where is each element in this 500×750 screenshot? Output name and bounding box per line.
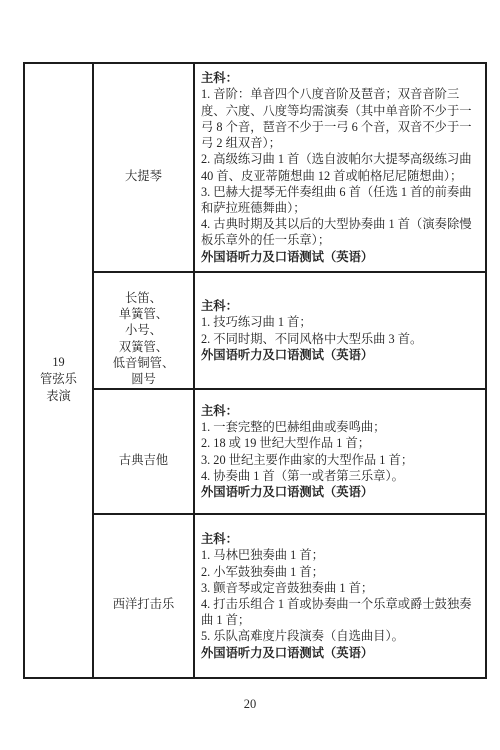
main-subject-label: 主科： bbox=[201, 298, 480, 314]
category-cell: 19 管弦乐 表演 bbox=[24, 63, 93, 678]
requirement-item: 1. 音阶：单音四个八度音阶及琶音；双音音阶三度、六度、八度等均需演奏（其中单音… bbox=[201, 86, 480, 151]
document-page: 19 管弦乐 表演 大提琴 主科： 1. 音阶：单音四个八度音阶及琶音；双音音阶… bbox=[0, 0, 500, 750]
requirement-item: 1. 马林巴独奏曲 1 首； bbox=[201, 547, 480, 563]
requirement-item: 2. 18 或 19 世纪大型作品 1 首； bbox=[201, 435, 480, 451]
main-subject-label: 主科： bbox=[201, 70, 480, 86]
language-test-label: 外国语听力及口语测试（英语） bbox=[201, 249, 480, 265]
requirements-cell: 主科： 1. 一套完整的巴赫组曲或奏鸣曲； 2. 18 或 19 世纪大型作品 … bbox=[194, 389, 486, 514]
requirements-cell: 主科： 1. 技巧练习曲 1 首； 2. 不同时期、不同风格中大型乐曲 3 首。… bbox=[194, 272, 486, 389]
requirement-item: 2. 不同时期、不同风格中大型乐曲 3 首。 bbox=[201, 331, 480, 347]
requirement-item: 2. 小军鼓独奏曲 1 首； bbox=[201, 564, 480, 580]
requirement-item: 4. 协奏曲 1 首（第一或者第三乐章）。 bbox=[201, 468, 480, 484]
instrument-cell-western-percussion: 西洋打击乐 bbox=[93, 514, 194, 678]
requirement-item: 5. 乐队高难度片段演奏（自选曲目）。 bbox=[201, 628, 480, 644]
main-subject-label: 主科： bbox=[201, 531, 480, 547]
table-row: 西洋打击乐 主科： 1. 马林巴独奏曲 1 首； 2. 小军鼓独奏曲 1 首； … bbox=[24, 514, 486, 678]
instrument-cell-winds-brass: 长笛、 单簧管、 小号、 双簧管、 低音铜管、 圆号 bbox=[93, 272, 194, 389]
language-test-label: 外国语听力及口语测试（英语） bbox=[201, 645, 480, 661]
instrument-label: 长笛、 单簧管、 小号、 双簧管、 低音铜管、 圆号 bbox=[113, 291, 175, 386]
page-number: 20 bbox=[0, 697, 500, 712]
instrument-cell-classical-guitar: 古典吉他 bbox=[93, 389, 194, 514]
requirement-item: 4. 打击乐组合 1 首或协奏曲一个乐章或爵士鼓独奏曲 1 首； bbox=[201, 596, 480, 628]
main-subject-label: 主科： bbox=[201, 403, 480, 419]
requirement-item: 3. 20 世纪主要作曲家的大型作品 1 首； bbox=[201, 452, 480, 468]
requirement-item: 2. 高级练习曲 1 首（选自波帕尔大提琴高级练习曲 40 首、皮亚蒂随想曲 1… bbox=[201, 151, 480, 183]
requirements-table: 19 管弦乐 表演 大提琴 主科： 1. 音阶：单音四个八度音阶及琶音；双音音阶… bbox=[23, 62, 487, 679]
language-test-label: 外国语听力及口语测试（英语） bbox=[201, 347, 480, 363]
table-row: 古典吉他 主科： 1. 一套完整的巴赫组曲或奏鸣曲； 2. 18 或 19 世纪… bbox=[24, 389, 486, 514]
language-test-label: 外国语听力及口语测试（英语） bbox=[201, 484, 480, 500]
instrument-cell-cello: 大提琴 bbox=[93, 63, 194, 272]
requirement-item: 4. 古典时期及其以后的大型协奏曲 1 首（演奏除慢板乐章外的任一乐章）； bbox=[201, 216, 480, 248]
requirements-cell: 主科： 1. 音阶：单音四个八度音阶及琶音；双音音阶三度、六度、八度等均需演奏（… bbox=[194, 63, 486, 272]
requirements-cell: 主科： 1. 马林巴独奏曲 1 首； 2. 小军鼓独奏曲 1 首； 3. 颤音琴… bbox=[194, 514, 486, 678]
instrument-label: 大提琴 bbox=[125, 169, 162, 183]
instrument-label: 西洋打击乐 bbox=[113, 597, 175, 611]
requirement-item: 1. 技巧练习曲 1 首； bbox=[201, 314, 480, 330]
category-label: 19 管弦乐 表演 bbox=[40, 355, 77, 403]
requirement-item: 1. 一套完整的巴赫组曲或奏鸣曲； bbox=[201, 419, 480, 435]
table-row: 长笛、 单簧管、 小号、 双簧管、 低音铜管、 圆号 主科： 1. 技巧练习曲 … bbox=[24, 272, 486, 389]
requirement-item: 3. 巴赫大提琴无伴奏组曲 6 首（任选 1 首的前奏曲和萨拉班德舞曲）； bbox=[201, 184, 480, 216]
instrument-label: 古典吉他 bbox=[119, 453, 168, 467]
requirement-item: 3. 颤音琴或定音鼓独奏曲 1 首； bbox=[201, 580, 480, 596]
table-row: 19 管弦乐 表演 大提琴 主科： 1. 音阶：单音四个八度音阶及琶音；双音音阶… bbox=[24, 63, 486, 272]
